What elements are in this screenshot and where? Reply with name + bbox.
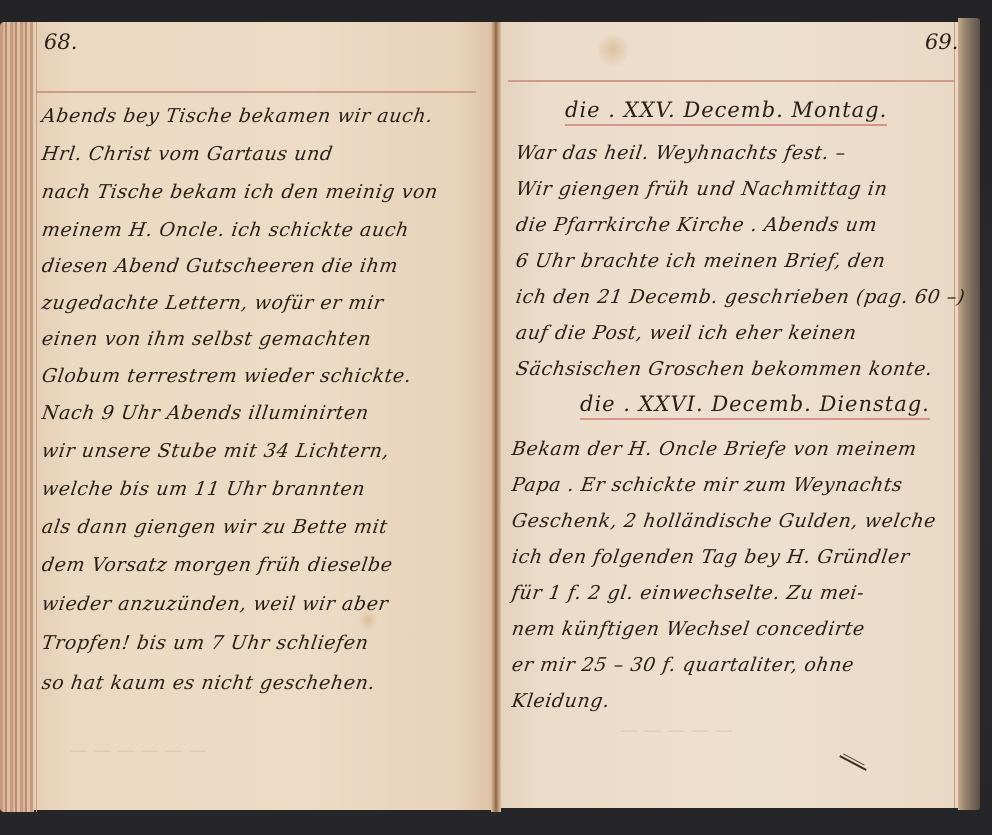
manuscript-line: Hrl. Christ vom Gartaus und bbox=[40, 143, 334, 165]
page-number-right: 69. bbox=[925, 30, 958, 54]
left-page-header-rule bbox=[36, 91, 476, 93]
bleed-through-text: — — — — — bbox=[619, 720, 735, 741]
manuscript-line: so hat kaum es nicht geschehen. bbox=[40, 672, 376, 694]
paper-stain bbox=[598, 30, 628, 70]
manuscript-line: welche bis um 11 Uhr brannten bbox=[40, 478, 366, 500]
manuscript-line: War das heil. Weyhnachts fest. – bbox=[514, 142, 847, 164]
manuscript-line: diesen Abend Gutscheeren die ihm bbox=[40, 255, 399, 277]
manuscript-line: ich den 21 Decemb. geschrieben (pag. 60 … bbox=[514, 286, 966, 308]
manuscript-line: Bekam der H. Oncle Briefe von meinem bbox=[510, 438, 918, 460]
manuscript-line: 6 Uhr brachte ich meinen Brief, den bbox=[514, 250, 886, 272]
manuscript-line: nach Tische bekam ich den meinig von bbox=[40, 181, 439, 203]
manuscript-line: dem Vorsatz morgen früh dieselbe bbox=[40, 554, 394, 576]
entry-heading-text: die . XXV. Decemb. Montag. bbox=[565, 98, 887, 122]
page-number-left: 68. bbox=[44, 30, 77, 54]
manuscript-line: Geschenk, 2 holländische Gulden, welche bbox=[510, 510, 937, 532]
manuscript-line: Nach 9 Uhr Abends illuminirten bbox=[40, 402, 370, 424]
heading-underline bbox=[580, 418, 930, 420]
manuscript-line: für 1 f. 2 gl. einwechselte. Zu mei- bbox=[510, 582, 865, 604]
manuscript-line: wir unsere Stube mit 34 Lichtern, bbox=[40, 440, 390, 462]
manuscript-line: zugedachte Lettern, wofür er mir bbox=[40, 292, 385, 314]
left-page-margin-line bbox=[36, 22, 37, 812]
manuscript-line: Papa . Er schickte mir zum Weynachts bbox=[510, 474, 904, 496]
bleed-through-text: — — — — — — bbox=[69, 740, 209, 761]
heading-underline bbox=[565, 124, 887, 126]
right-page-margin-line bbox=[954, 22, 955, 808]
right-page-stack-edges bbox=[958, 18, 980, 810]
manuscript-line: meinem H. Oncle. ich schickte auch bbox=[40, 219, 410, 241]
manuscript-line: Abends bey Tische bekamen wir auch. bbox=[40, 105, 434, 127]
manuscript-line: er mir 25 – 30 f. quartaliter, ohne bbox=[510, 654, 855, 676]
manuscript-line: Globum terrestrem wieder schickte. bbox=[40, 365, 413, 387]
manuscript-line: wieder anzuzünden, weil wir aber bbox=[40, 593, 389, 615]
manuscript-line: Sächsischen Groschen bekommen konte. bbox=[514, 358, 934, 380]
entry-heading-text: die . XXVI. Decemb. Dienstag. bbox=[580, 392, 930, 416]
manuscript-line: Kleidung. bbox=[510, 690, 611, 712]
manuscript-line: Tropfen! bis um 7 Uhr schliefen bbox=[40, 632, 370, 654]
entry-heading-dec-26: die . XXVI. Decemb. Dienstag. bbox=[580, 392, 930, 416]
left-page-stack-edges bbox=[0, 22, 34, 812]
right-page-header-rule bbox=[508, 80, 954, 82]
manuscript-line: einen von ihm selbst gemachten bbox=[40, 328, 372, 350]
manuscript-line: nem künftigen Wechsel concedirte bbox=[510, 618, 866, 640]
manuscript-line: auf die Post, weil ich eher keinen bbox=[514, 322, 858, 344]
entry-heading-dec-25: die . XXV. Decemb. Montag. bbox=[565, 98, 887, 122]
manuscript-line: Wir giengen früh und Nachmittag in bbox=[514, 178, 889, 200]
manuscript-line: als dann giengen wir zu Bette mit bbox=[40, 516, 389, 538]
book-gutter bbox=[491, 22, 501, 812]
manuscript-line: ich den folgenden Tag bey H. Gründler bbox=[510, 546, 911, 568]
manuscript-line: die Pfarrkirche Kirche . Abends um bbox=[514, 214, 878, 236]
